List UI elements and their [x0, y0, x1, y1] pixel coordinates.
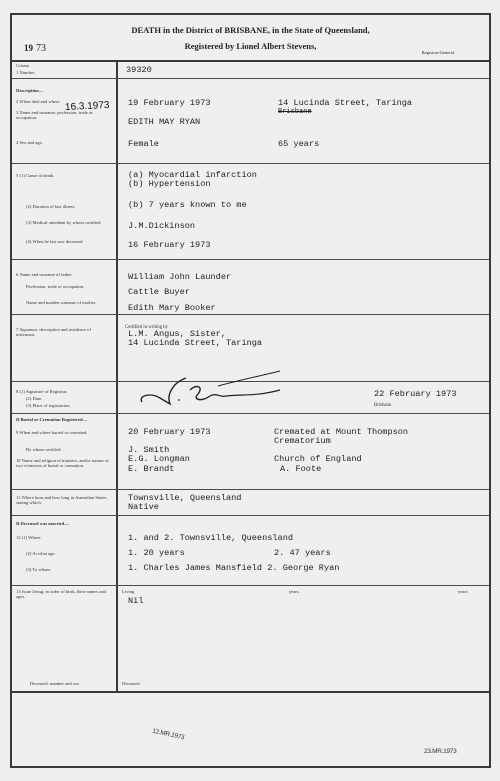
row-parents: 6 Name and surname of father. Profession… [12, 260, 489, 315]
spouses: 1. Charles James Mansfield 2. George Rya… [128, 564, 339, 573]
burial-date: 20 February 1973 [128, 428, 211, 437]
certifier-2: E.G. Longman [128, 455, 190, 464]
informant-address: 14 Lucinda Street, Taringa [128, 339, 262, 348]
medical-attendant: J.M.Dickinson [128, 222, 195, 231]
row-burial: If Burial or Cremation Registered— 9 Whe… [12, 414, 489, 490]
row-number: Column 1 Number 39320 [12, 62, 489, 79]
row-registrar: 8 (1) Signature of Registrar. (2) Date. … [12, 382, 489, 414]
last-seen-date: 16 February 1973 [128, 241, 211, 250]
date-stamp-1: 12.MR.1973 [152, 728, 185, 742]
death-certificate: 1973 DEATH in the District of BRISBANE, … [10, 13, 491, 768]
title-line-2: Registered by Lionel Albert Stevens, [12, 41, 489, 51]
registration-number: 39320 [126, 66, 152, 75]
burial-place-2: Crematorium [274, 437, 331, 446]
row-issue: 13 Issue living, in order of birth, thei… [12, 586, 489, 693]
deceased-sex: Female [128, 140, 159, 149]
date-of-death: 19 February 1973 [128, 99, 211, 108]
religion: Church of England [274, 455, 362, 464]
registration-date: 22 February 1973 [374, 390, 457, 399]
witness-1: E. Brandt [128, 465, 174, 474]
certificate-header: 1973 DEATH in the District of BRISBANE, … [12, 15, 489, 62]
registrar-signature [130, 370, 320, 412]
registration-place: Brisbane. [374, 403, 392, 408]
row-birthplace: 11 Where born and how long in Australian… [12, 490, 489, 516]
title-line-1: DEATH in the District of BRISBANE, in th… [12, 25, 489, 35]
mother-name: Edith Mary Booker [128, 304, 216, 313]
row-description: Description— 2 When died and where 3 Nam… [12, 79, 489, 164]
handwritten-date: 16.3.1973 [65, 100, 110, 113]
deceased-name: EDITH MAY RYAN [128, 118, 200, 127]
marriage-age-1: 1. 20 years [128, 549, 185, 558]
row-cause-of-death: 5 (1) Cause of death. (2) Duration of la… [12, 164, 489, 260]
witness-2: A. Foote [280, 465, 321, 474]
cause-b: (b) Hypertension [128, 180, 211, 189]
place-struck-out: Brisbane [278, 108, 312, 117]
deceased-age: 65 years [278, 140, 319, 149]
marriage-age-2: 2. 47 years [274, 549, 331, 558]
father-name: William John Launder [128, 273, 231, 282]
residence-duration: Native [128, 503, 159, 512]
place-of-death: 14 Lucinda Street, Taringa [278, 99, 412, 108]
illness-duration: (b) 7 years known to me [128, 201, 247, 210]
row-marriage: If Deceased was married— 12 (1) Where. (… [12, 516, 489, 586]
marriage-place: 1. and 2. Townsville, Queensland [128, 534, 293, 543]
father-occupation: Cattle Buyer [128, 288, 190, 297]
issue-living: Nil [128, 597, 143, 606]
registrar-general-label: Registrar-General. [422, 50, 455, 55]
date-stamp-2: 23.MR.1973 [424, 748, 456, 755]
